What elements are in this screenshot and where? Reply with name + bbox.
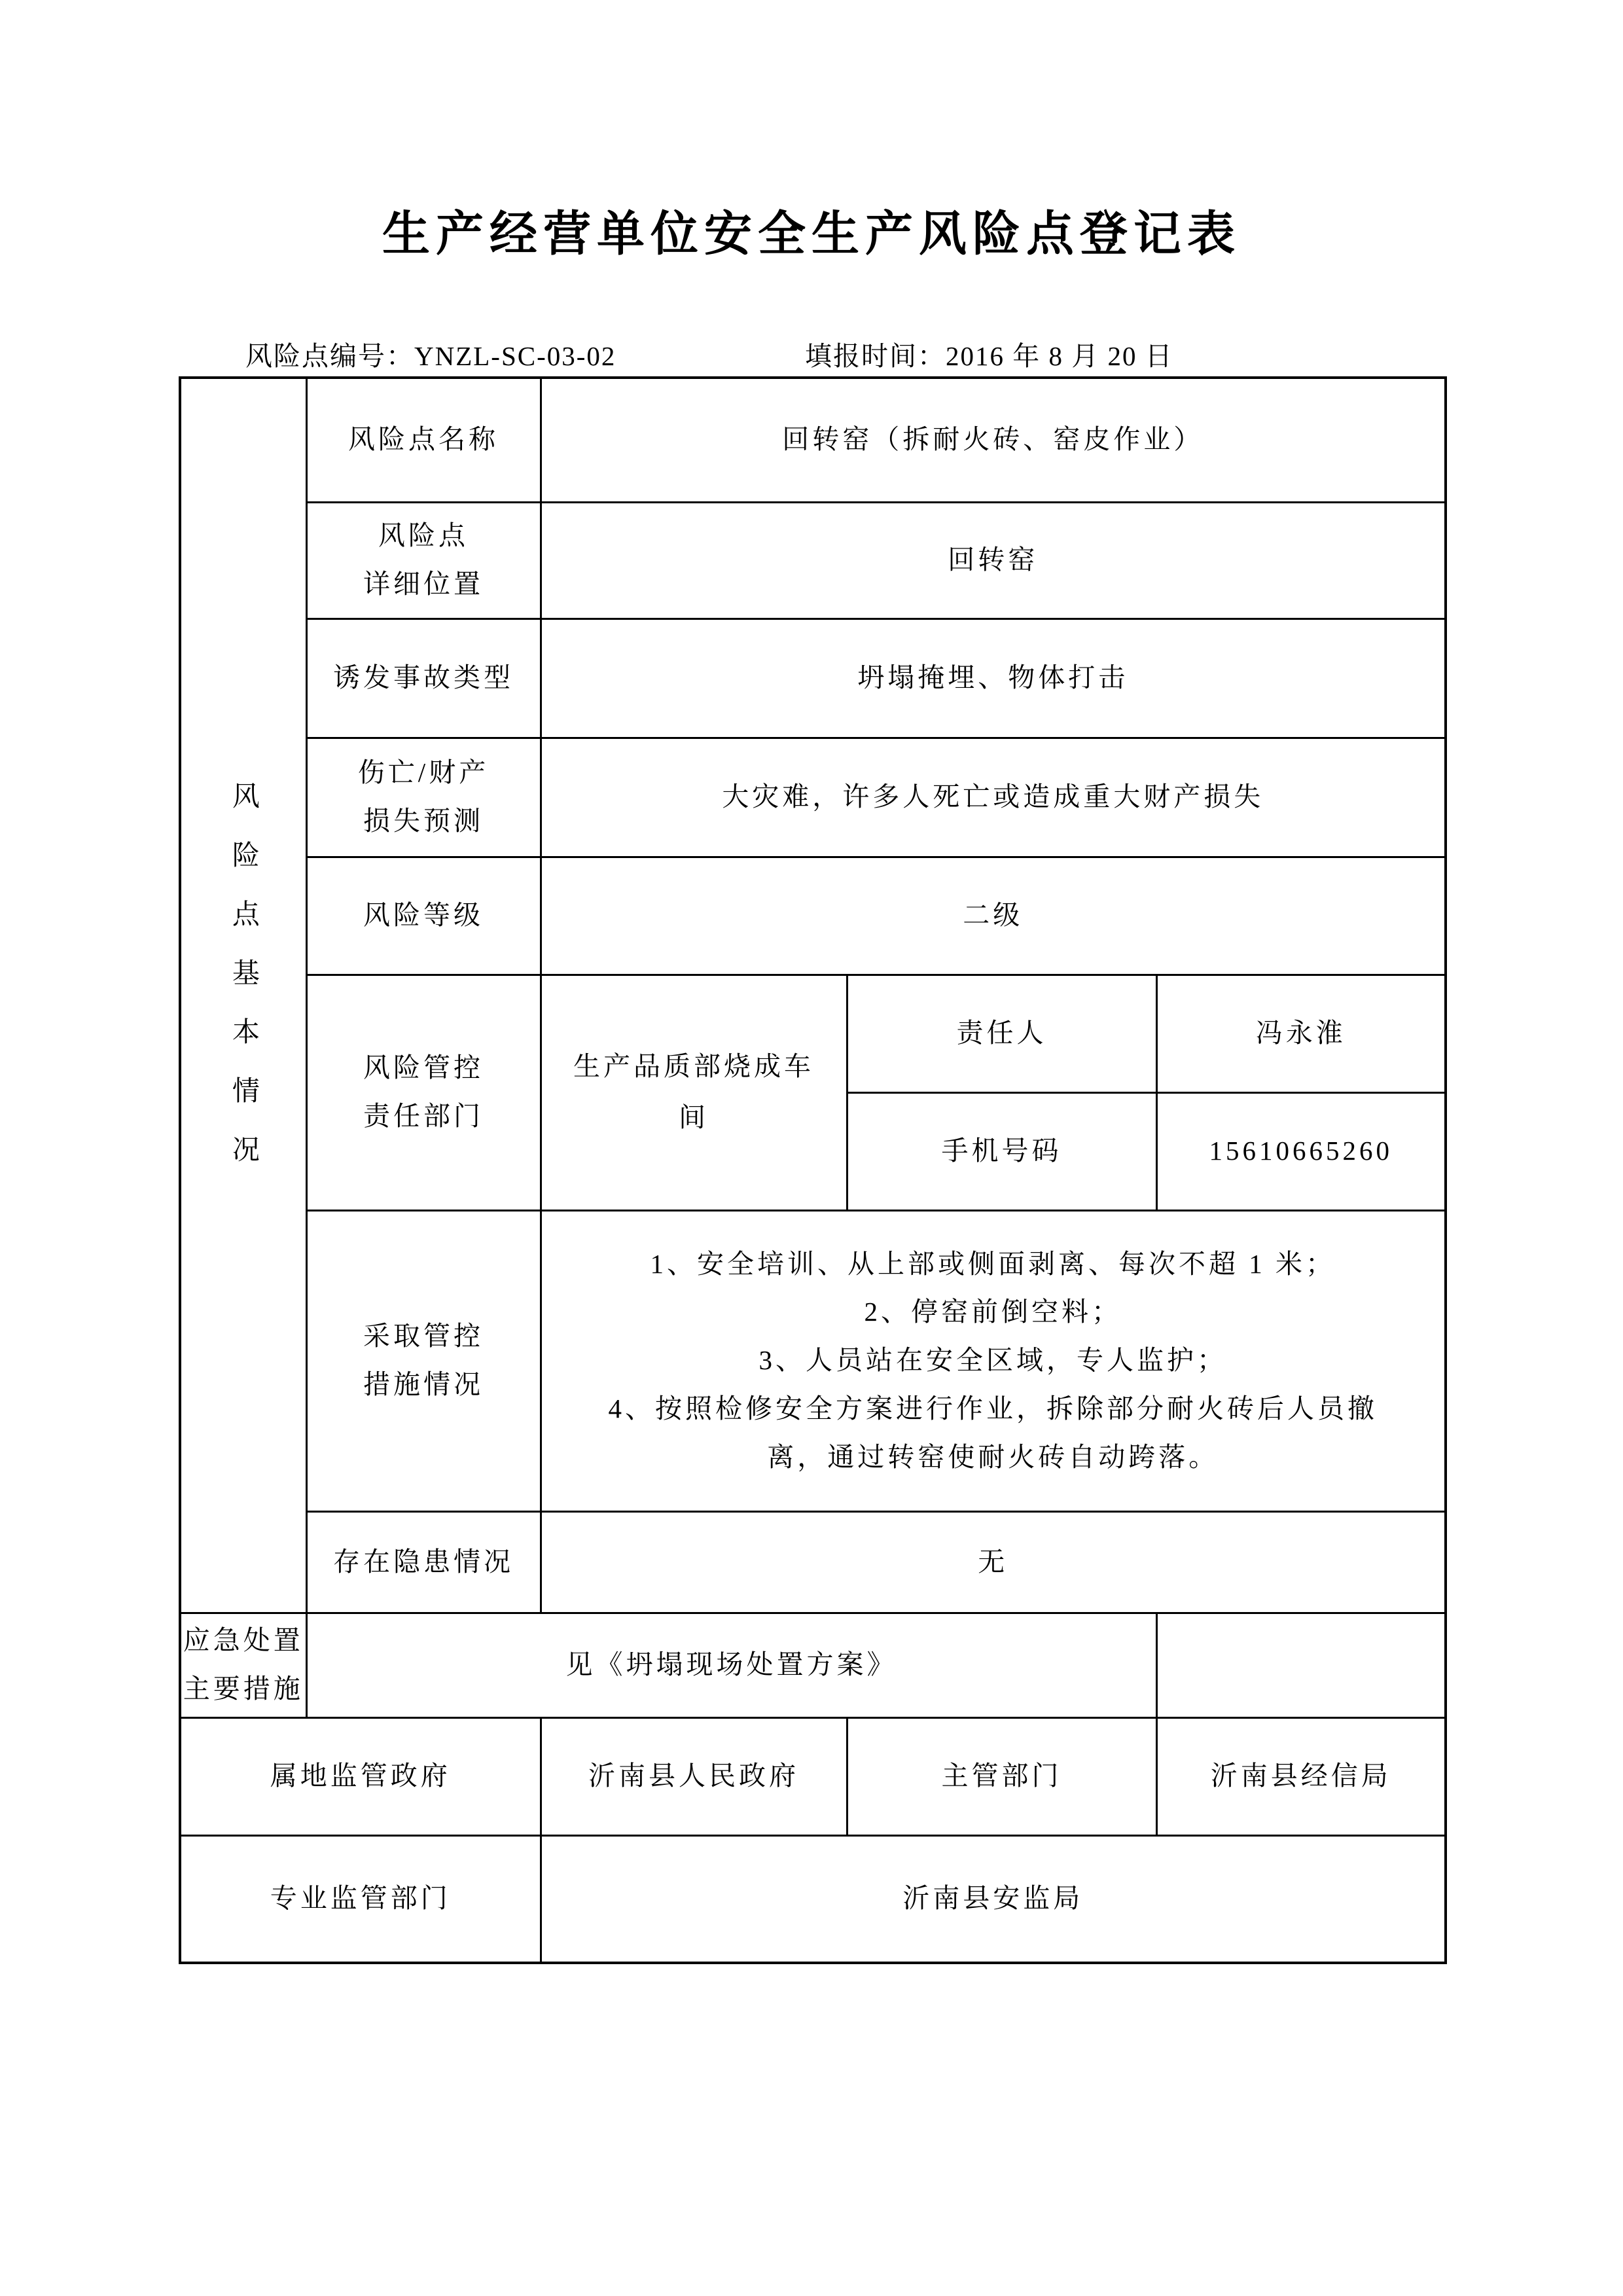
section-label-cell: 风险点基本情况 [180,378,306,1613]
control-dept-label: 风险管控 责任部门 [306,975,541,1210]
supervisor-dept-label: 主管部门 [847,1717,1156,1835]
emergency-value: 见《坍塌现场处置方案》 [306,1613,1156,1717]
row-loss-forecast: 伤亡/财产 损失预测 大灾难，许多人死亡或造成重大财产损失 [180,738,1446,857]
report-time: 填报时间：2016 年 8 月 20 日 [805,339,1173,373]
row-professional-dept: 专业监管部门 沂南县安监局 [180,1835,1446,1963]
measures-value: 1、安全培训、从上部或侧面剥离、每次不超 1 米； 2、停窑前倒空料； 3、人员… [541,1210,1446,1511]
risk-point-number-label: 风险点编号： [245,341,414,371]
professional-dept-label: 专业监管部门 [180,1835,541,1963]
hazards-value: 无 [541,1511,1446,1613]
row-emergency: 应急处置 主要措施 见《坍塌现场处置方案》 [180,1613,1446,1717]
row-territorial-gov: 属地监管政府 沂南县人民政府 主管部门 沂南县经信局 [180,1717,1446,1835]
document-page: 生产经营单位安全生产风险点登记表 风险点编号：YNZL-SC-03-02 填报时… [0,0,1623,2296]
phone-value: 15610665260 [1156,1092,1446,1210]
supervisor-dept-value: 沂南县经信局 [1156,1717,1446,1835]
risk-name-label: 风险点名称 [306,378,541,502]
risk-registration-table: 风险点基本情况 风险点名称 回转窑（拆耐火砖、窑皮作业） 风险点 详细位置 回转… [179,376,1447,1964]
location-label: 风险点 详细位置 [306,502,541,619]
territorial-gov-label: 属地监管政府 [180,1717,541,1835]
loss-forecast-value: 大灾难，许多人死亡或造成重大财产损失 [541,738,1446,857]
phone-label: 手机号码 [847,1092,1156,1210]
risk-point-number-value: YNZL-SC-03-02 [414,341,616,371]
row-location: 风险点 详细位置 回转窑 [180,502,1446,619]
row-control-dept-responsible: 风险管控 责任部门 生产品质部烧成车间 责任人 冯永淮 [180,975,1446,1092]
hazards-label: 存在隐患情况 [306,1511,541,1613]
risk-name-value: 回转窑（拆耐火砖、窑皮作业） [541,378,1446,502]
control-dept-value: 生产品质部烧成车间 [541,975,847,1210]
meta-line: 风险点编号：YNZL-SC-03-02 填报时间：2016 年 8 月 20 日 [0,339,1623,373]
row-risk-level: 风险等级 二级 [180,857,1446,975]
risk-level-value: 二级 [541,857,1446,975]
section-label: 风险点基本情况 [228,781,259,1194]
row-hazards: 存在隐患情况 无 [180,1511,1446,1613]
risk-point-number: 风险点编号：YNZL-SC-03-02 [245,339,616,373]
report-time-value: 2016 年 8 月 20 日 [946,341,1173,371]
responsible-value: 冯永淮 [1156,975,1446,1092]
row-risk-name: 风险点基本情况 风险点名称 回转窑（拆耐火砖、窑皮作业） [180,378,1446,502]
accident-type-label: 诱发事故类型 [306,619,541,738]
report-time-label: 填报时间： [805,341,946,371]
loss-forecast-label: 伤亡/财产 损失预测 [306,738,541,857]
risk-level-label: 风险等级 [306,857,541,975]
page-title: 生产经营单位安全生产风险点登记表 [0,207,1623,262]
control-dept-value-text: 生产品质部烧成车间 [569,1041,818,1143]
professional-dept-value: 沂南县安监局 [541,1835,1446,1963]
row-measures: 采取管控 措施情况 1、安全培训、从上部或侧面剥离、每次不超 1 米； 2、停窑… [180,1210,1446,1511]
territorial-gov-value: 沂南县人民政府 [541,1717,847,1835]
responsible-label: 责任人 [847,975,1156,1092]
measures-label: 采取管控 措施情况 [306,1210,541,1511]
location-value: 回转窑 [541,502,1446,619]
emergency-label: 应急处置 主要措施 [180,1613,306,1717]
accident-type-value: 坍塌掩埋、物体打击 [541,619,1446,738]
row-accident-type: 诱发事故类型 坍塌掩埋、物体打击 [180,619,1446,738]
